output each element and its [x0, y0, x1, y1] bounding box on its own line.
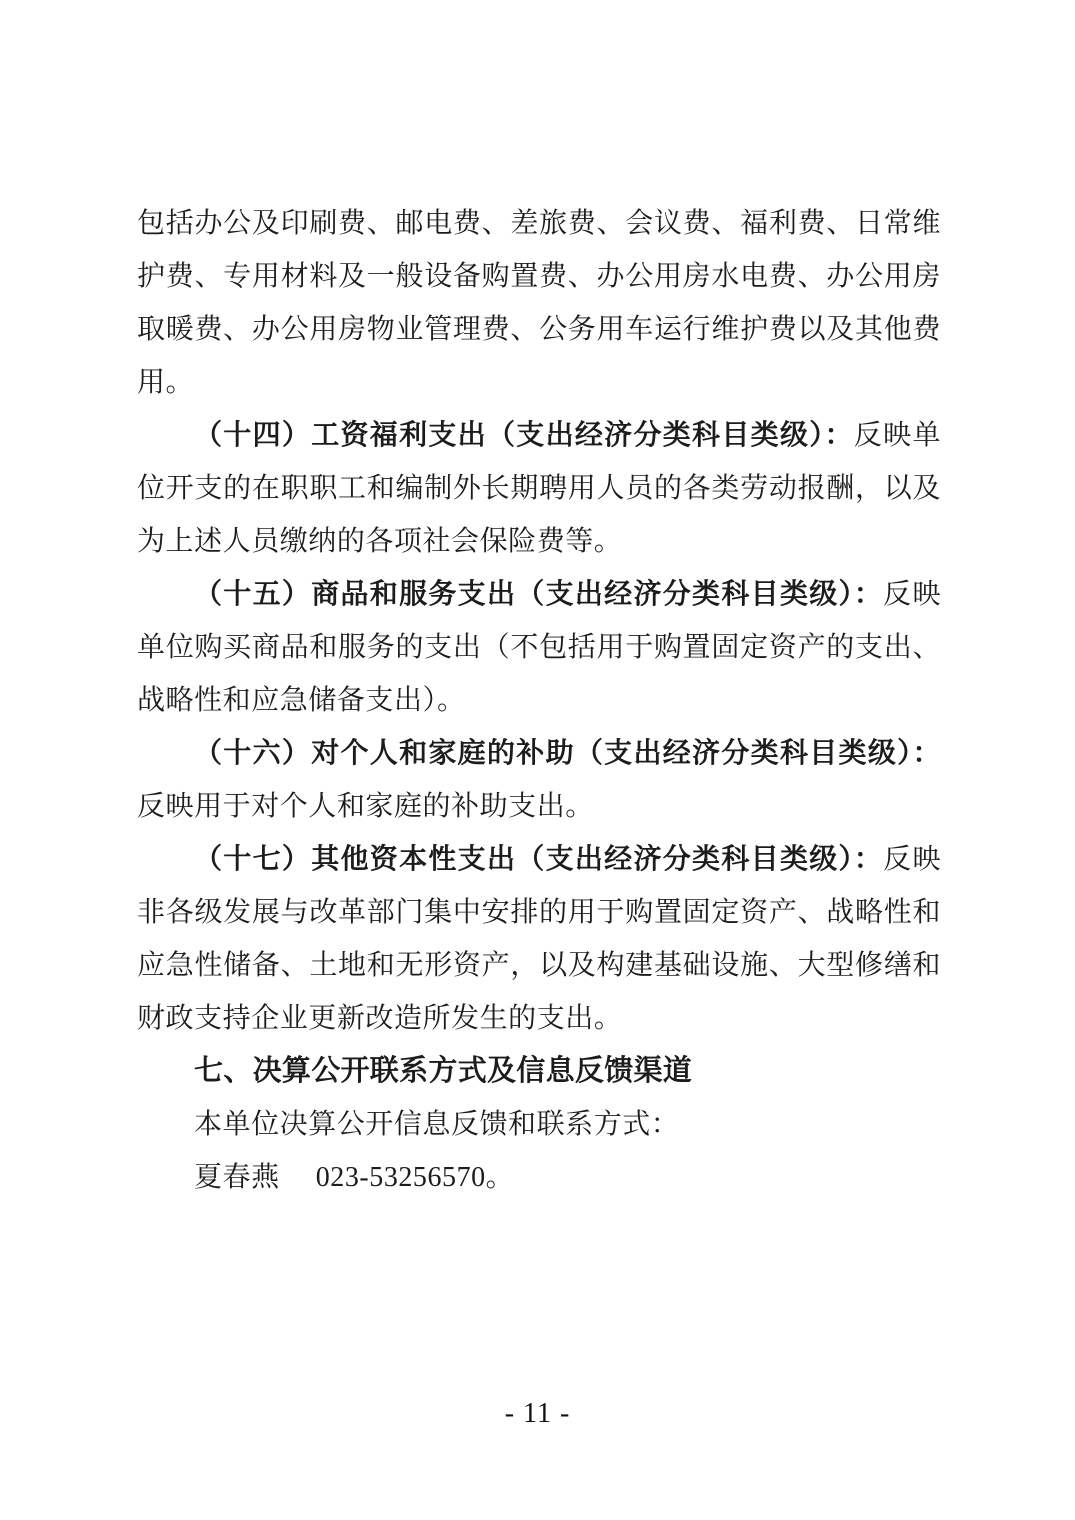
bold-text-run: （十四）工资福利支出（支出经济分类科目类级）：	[194, 420, 854, 451]
bold-text-run: （十五）商品和服务支出（支出经济分类科目类级）：	[194, 579, 883, 610]
paragraph: （十四）工资福利支出（支出经济分类科目类级）：反映单位开支的在职职工和编制外长期…	[137, 409, 941, 568]
bold-text-run: （十六）对个人和家庭的补助（支出经济分类科目类级）：	[194, 738, 941, 769]
text-run: 反映用于对个人和家庭的补助支出。	[137, 791, 594, 822]
page-footer: - 11 -	[0, 1398, 1075, 1430]
paragraph: 包括办公及印刷费、邮电费、差旅费、会议费、福利费、日常维护费、专用材料及一般设备…	[137, 197, 941, 409]
paragraph: （十七）其他资本性支出（支出经济分类科目类级）：反映非各级发展与改革部门集中安排…	[137, 833, 941, 1045]
section-heading: 七、决算公开联系方式及信息反馈渠道	[137, 1045, 941, 1098]
bold-text-run: 七、决算公开联系方式及信息反馈渠道	[194, 1055, 692, 1087]
text-run: 包括办公及印刷费、邮电费、差旅费、会议费、福利费、日常维护费、专用材料及一般设备…	[137, 208, 941, 398]
page-number: - 11 -	[505, 1398, 571, 1429]
paragraph: （十六）对个人和家庭的补助（支出经济分类科目类级）：反映用于对个人和家庭的补助支…	[137, 727, 941, 833]
bold-text-run: （十七）其他资本性支出（支出经济分类科目类级）：	[194, 844, 883, 875]
paragraph: （十五）商品和服务支出（支出经济分类科目类级）：反映单位购买商品和服务的支出（不…	[137, 568, 941, 727]
document-page: 包括办公及印刷费、邮电费、差旅费、会议费、福利费、日常维护费、专用材料及一般设备…	[0, 0, 1075, 1520]
paragraph: 本单位决算公开信息反馈和联系方式：	[137, 1098, 941, 1151]
document-body: 包括办公及印刷费、邮电费、差旅费、会议费、福利费、日常维护费、专用材料及一般设备…	[137, 197, 941, 1204]
text-run: 夏春燕 023-53256570。	[194, 1162, 514, 1193]
text-run: 本单位决算公开信息反馈和联系方式：	[194, 1109, 679, 1140]
paragraph: 夏春燕 023-53256570。	[137, 1151, 941, 1204]
